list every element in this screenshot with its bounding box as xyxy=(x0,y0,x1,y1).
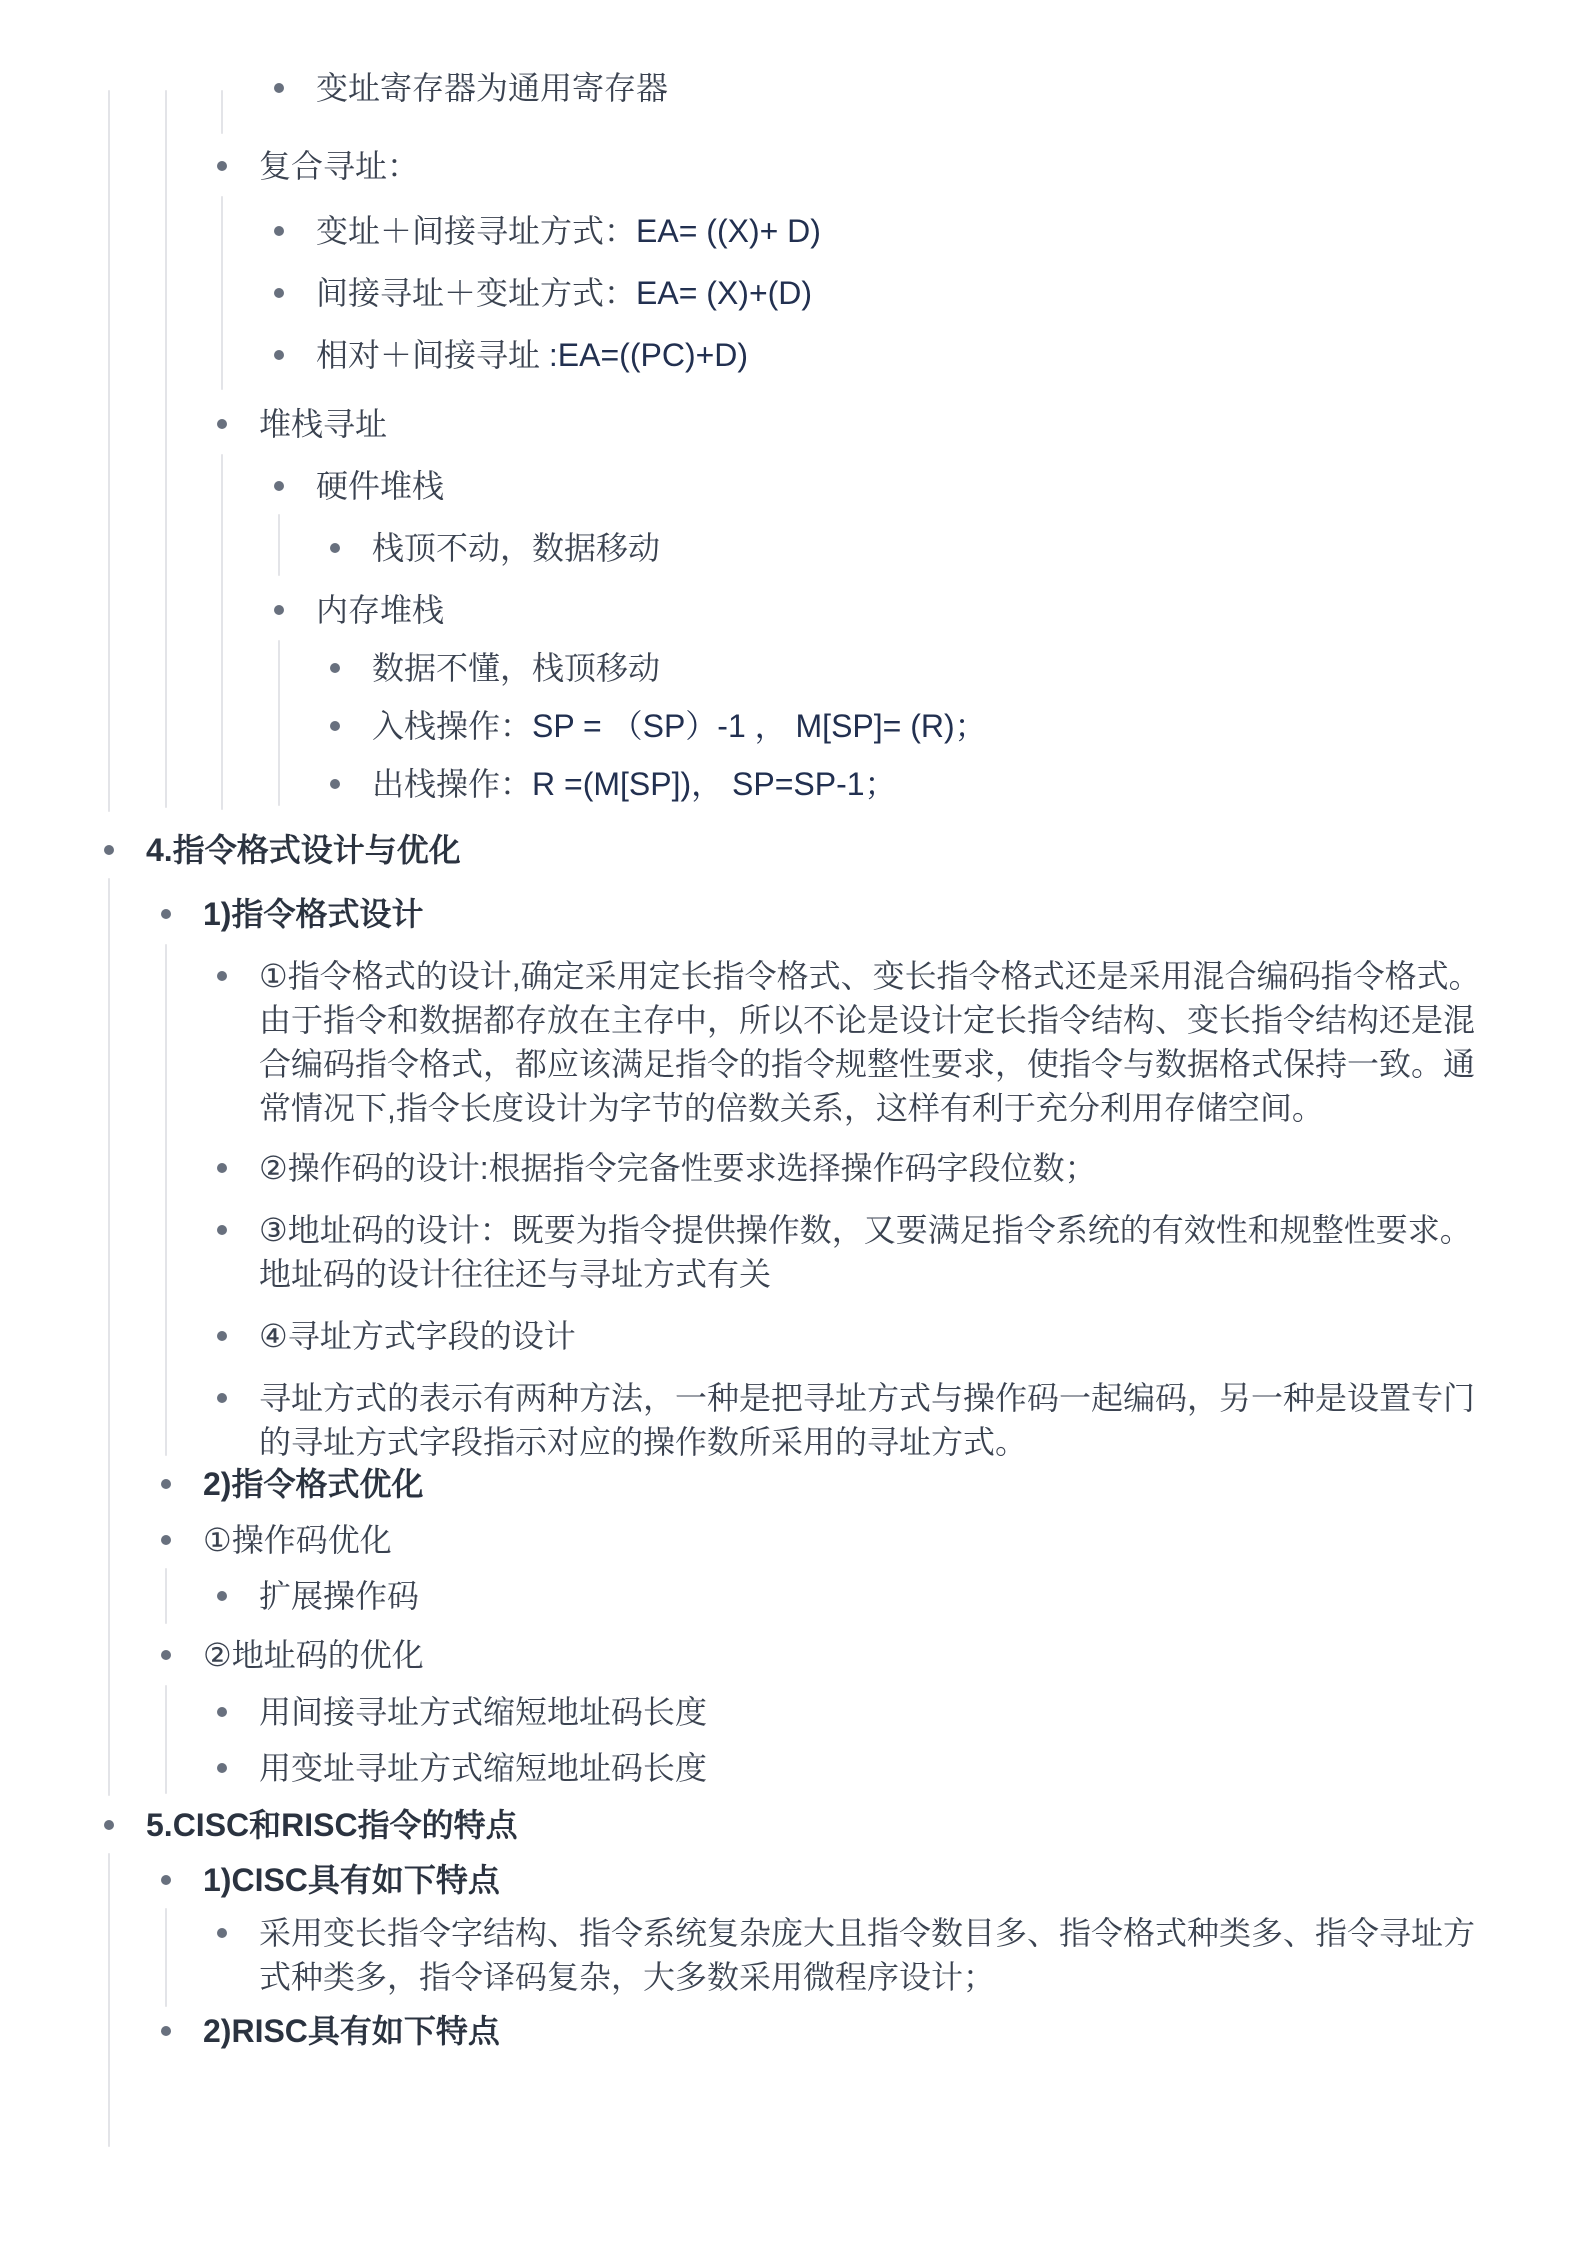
outline-item[interactable]: ②地址码的优化 xyxy=(203,1633,424,1677)
label-text: 扩展操作码 xyxy=(259,1578,419,1614)
bullet-icon[interactable] xyxy=(161,909,171,919)
guide-line xyxy=(165,90,167,808)
label-text: 1)指令格式设计 xyxy=(203,896,423,932)
outline-item-text[interactable]: 硬件堆栈 xyxy=(316,464,444,508)
outline-item-text[interactable]: 入栈操作：SP = （SP）-1 ， M[SP]= (R)； xyxy=(372,704,987,748)
label-text: ③地址码的设计：既要为指令提供操作数，又要满足指令系统的有效性和规整性要求。地址… xyxy=(259,1212,1472,1292)
outline-item-text[interactable]: 相对＋间接寻址 :EA=((PC)+D) xyxy=(316,333,748,377)
bullet-icon[interactable] xyxy=(330,543,340,553)
guide-line xyxy=(108,1853,110,2147)
outline-item-text[interactable]: 内存堆栈 xyxy=(316,588,444,632)
outline-item-text[interactable]: 扩展操作码 xyxy=(259,1574,419,1618)
formula-text: R =(M[SP])， SP=SP-1； xyxy=(532,766,897,802)
bullet-icon[interactable] xyxy=(161,1535,171,1545)
label-text: 复合寻址： xyxy=(259,148,419,184)
outline-item[interactable]: 入栈操作：SP = （SP）-1 ， M[SP]= (R)； xyxy=(372,704,987,748)
label-text: 堆栈寻址 xyxy=(259,406,387,442)
outline-item-text[interactable]: ①操作码优化 xyxy=(203,1518,392,1562)
label-text: 2)指令格式优化 xyxy=(203,1466,423,1502)
bullet-icon[interactable] xyxy=(330,721,340,731)
outline-item[interactable]: 1)CISC具有如下特点 xyxy=(203,1858,500,1902)
outline-item[interactable]: 采用变长指令字结构、指令系统复杂庞大且指令数目多、指令格式种类多、指令寻址方式种… xyxy=(259,1911,1491,1999)
outline-item[interactable]: 用变址寻址方式缩短地址码长度 xyxy=(259,1746,707,1790)
label-text: ①指令格式的设计,确定采用定长指令格式、变长指令格式还是采用混合编码指令格式。由… xyxy=(259,958,1481,1126)
label-text: 硬件堆栈 xyxy=(316,468,444,504)
outline-item-text[interactable]: 变址寄存器为通用寄存器 xyxy=(316,66,668,110)
outline-item[interactable]: 出栈操作：R =(M[SP])， SP=SP-1； xyxy=(372,762,897,806)
outline-item-text[interactable]: ②地址码的优化 xyxy=(203,1633,424,1677)
outline-item-text[interactable]: 堆栈寻址 xyxy=(259,402,387,446)
outline-item-text[interactable]: 间接寻址＋变址方式：EA= (X)+(D) xyxy=(316,271,812,315)
outline-item[interactable]: 复合寻址： xyxy=(259,144,419,188)
bullet-icon[interactable] xyxy=(217,1331,227,1341)
outline-item-text[interactable]: 4.指令格式设计与优化 xyxy=(146,828,461,872)
outline-item[interactable]: 变址＋间接寻址方式：EA= ((X)+ D) xyxy=(316,209,821,253)
bullet-icon[interactable] xyxy=(104,845,114,855)
guide-line xyxy=(108,90,110,812)
bullet-icon[interactable] xyxy=(274,350,284,360)
outline-item[interactable]: 变址寄存器为通用寄存器 xyxy=(316,66,668,110)
label-text: 出栈操作： xyxy=(372,766,532,802)
guide-line xyxy=(221,454,223,810)
guide-line xyxy=(165,1568,167,1624)
label-text: 用变址寻址方式缩短地址码长度 xyxy=(259,1750,707,1786)
label-text: 寻址方式的表示有两种方法，一种是把寻址方式与操作码一起编码，另一种是设置专门的寻… xyxy=(259,1380,1475,1460)
outline-item[interactable]: 栈顶不动，数据移动 xyxy=(372,526,660,570)
outline-item-text[interactable]: ②操作码的设计:根据指令完备性要求选择操作码字段位数； xyxy=(259,1146,1097,1190)
guide-line xyxy=(278,640,280,806)
bullet-icon[interactable] xyxy=(217,1225,227,1235)
guide-line xyxy=(165,944,167,1456)
outline-item-text[interactable]: 出栈操作：R =(M[SP])， SP=SP-1； xyxy=(372,762,897,806)
outline-item[interactable]: 数据不懂，栈顶移动 xyxy=(372,646,660,690)
guide-line xyxy=(165,1908,167,2007)
bullet-icon[interactable] xyxy=(161,1479,171,1489)
outline-item-text[interactable]: 寻址方式的表示有两种方法，一种是把寻址方式与操作码一起编码，另一种是设置专门的寻… xyxy=(259,1376,1491,1464)
outline-item[interactable]: ①指令格式的设计,确定采用定长指令格式、变长指令格式还是采用混合编码指令格式。由… xyxy=(259,954,1491,1130)
outline-item[interactable]: 间接寻址＋变址方式：EA= (X)+(D) xyxy=(316,271,812,315)
formula-text: SP = （SP）-1 ， M[SP]= (R)； xyxy=(532,708,987,744)
outline-item[interactable]: ④寻址方式字段的设计 xyxy=(259,1314,576,1358)
outline-item[interactable]: 用间接寻址方式缩短地址码长度 xyxy=(259,1690,707,1734)
label-text: 相对＋间接寻址 xyxy=(316,337,549,373)
outline-item[interactable]: 2)RISC具有如下特点 xyxy=(203,2009,500,2053)
bullet-icon[interactable] xyxy=(274,288,284,298)
outline-item[interactable]: ①操作码优化 xyxy=(203,1518,392,1562)
bullet-icon[interactable] xyxy=(274,605,284,615)
bullet-icon[interactable] xyxy=(161,2026,171,2036)
outline-document: 变址寄存器为通用寄存器复合寻址：变址＋间接寻址方式：EA= ((X)+ D)间接… xyxy=(0,0,1586,2245)
outline-item[interactable]: ②操作码的设计:根据指令完备性要求选择操作码字段位数； xyxy=(259,1146,1097,1190)
bullet-icon[interactable] xyxy=(217,419,227,429)
bullet-icon[interactable] xyxy=(217,1591,227,1601)
outline-item-text[interactable]: 复合寻址： xyxy=(259,144,419,188)
outline-item[interactable]: 相对＋间接寻址 :EA=((PC)+D) xyxy=(316,333,748,377)
outline-item[interactable]: 硬件堆栈 xyxy=(316,464,444,508)
formula-text: EA= ((X)+ D) xyxy=(636,213,821,249)
bullet-icon[interactable] xyxy=(330,663,340,673)
bullet-icon[interactable] xyxy=(330,779,340,789)
bullet-icon[interactable] xyxy=(161,1650,171,1660)
outline-item-text[interactable]: 变址＋间接寻址方式：EA= ((X)+ D) xyxy=(316,209,821,253)
label-text: 变址寄存器为通用寄存器 xyxy=(316,70,668,106)
guide-line xyxy=(165,1685,167,1794)
outline-item-text[interactable]: 1)CISC具有如下特点 xyxy=(203,1858,500,1902)
bullet-icon[interactable] xyxy=(161,1875,171,1885)
bullet-icon[interactable] xyxy=(217,1763,227,1773)
outline-item-text[interactable]: ①指令格式的设计,确定采用定长指令格式、变长指令格式还是采用混合编码指令格式。由… xyxy=(259,954,1491,1130)
label-text: 2)RISC具有如下特点 xyxy=(203,2013,500,2049)
guide-line xyxy=(108,878,110,1796)
outline-item[interactable]: 内存堆栈 xyxy=(316,588,444,632)
formula-text: :EA=((PC)+D) xyxy=(549,337,748,373)
label-text: 5.CISC和RISC指令的特点 xyxy=(146,1807,518,1843)
bullet-icon[interactable] xyxy=(217,1707,227,1717)
bullet-icon[interactable] xyxy=(104,1820,114,1830)
bullet-icon[interactable] xyxy=(274,481,284,491)
label-text: 数据不懂，栈顶移动 xyxy=(372,650,660,686)
outline-item[interactable]: 4.指令格式设计与优化 xyxy=(146,828,461,872)
outline-item[interactable]: 堆栈寻址 xyxy=(259,402,387,446)
bullet-icon[interactable] xyxy=(274,83,284,93)
guide-line xyxy=(221,196,223,390)
guide-line xyxy=(221,90,223,134)
bullet-icon[interactable] xyxy=(217,161,227,171)
bullet-icon[interactable] xyxy=(217,1928,227,1938)
bullet-icon[interactable] xyxy=(217,971,227,981)
outline-item-text[interactable]: 采用变长指令字结构、指令系统复杂庞大且指令数目多、指令格式种类多、指令寻址方式种… xyxy=(259,1911,1491,1999)
label-text: 栈顶不动，数据移动 xyxy=(372,530,660,566)
label-text: ②操作码的设计:根据指令完备性要求选择操作码字段位数； xyxy=(259,1150,1097,1186)
outline-item[interactable]: 5.CISC和RISC指令的特点 xyxy=(146,1803,518,1847)
label-text: 间接寻址＋变址方式： xyxy=(316,275,636,311)
label-text: 变址＋间接寻址方式： xyxy=(316,213,636,249)
outline-item-text[interactable]: 用间接寻址方式缩短地址码长度 xyxy=(259,1690,707,1734)
outline-item-text[interactable]: 5.CISC和RISC指令的特点 xyxy=(146,1803,518,1847)
outline-item[interactable]: 1)指令格式设计 xyxy=(203,892,423,936)
outline-item-text[interactable]: 2)RISC具有如下特点 xyxy=(203,2009,500,2053)
label-text: ④寻址方式字段的设计 xyxy=(259,1318,576,1354)
outline-item-text[interactable]: 栈顶不动，数据移动 xyxy=(372,526,660,570)
outline-item-text[interactable]: 数据不懂，栈顶移动 xyxy=(372,646,660,690)
bullet-icon[interactable] xyxy=(217,1163,227,1173)
label-text: 4.指令格式设计与优化 xyxy=(146,832,461,868)
label-text: ②地址码的优化 xyxy=(203,1637,424,1673)
outline-item-text[interactable]: ③地址码的设计：既要为指令提供操作数，又要满足指令系统的有效性和规整性要求。地址… xyxy=(259,1208,1491,1296)
label-text: ①操作码优化 xyxy=(203,1522,392,1558)
guide-line xyxy=(278,514,280,576)
outline-item[interactable]: ③地址码的设计：既要为指令提供操作数，又要满足指令系统的有效性和规整性要求。地址… xyxy=(259,1208,1491,1296)
bullet-icon[interactable] xyxy=(274,226,284,236)
label-text: 用间接寻址方式缩短地址码长度 xyxy=(259,1694,707,1730)
outline-item[interactable]: 2)指令格式优化 xyxy=(203,1462,423,1506)
label-text: 1)CISC具有如下特点 xyxy=(203,1862,500,1898)
label-text: 采用变长指令字结构、指令系统复杂庞大且指令数目多、指令格式种类多、指令寻址方式种… xyxy=(259,1915,1475,1995)
outline-item[interactable]: 寻址方式的表示有两种方法，一种是把寻址方式与操作码一起编码，另一种是设置专门的寻… xyxy=(259,1376,1491,1464)
formula-text: EA= (X)+(D) xyxy=(636,275,812,311)
bullet-icon[interactable] xyxy=(217,1393,227,1403)
outline-item-text[interactable]: 2)指令格式优化 xyxy=(203,1462,423,1506)
outline-item-text[interactable]: 用变址寻址方式缩短地址码长度 xyxy=(259,1746,707,1790)
outline-item-text[interactable]: 1)指令格式设计 xyxy=(203,892,423,936)
label-text: 内存堆栈 xyxy=(316,592,444,628)
outline-item[interactable]: 扩展操作码 xyxy=(259,1574,419,1618)
label-text: 入栈操作： xyxy=(372,708,532,744)
outline-item-text[interactable]: ④寻址方式字段的设计 xyxy=(259,1314,576,1358)
